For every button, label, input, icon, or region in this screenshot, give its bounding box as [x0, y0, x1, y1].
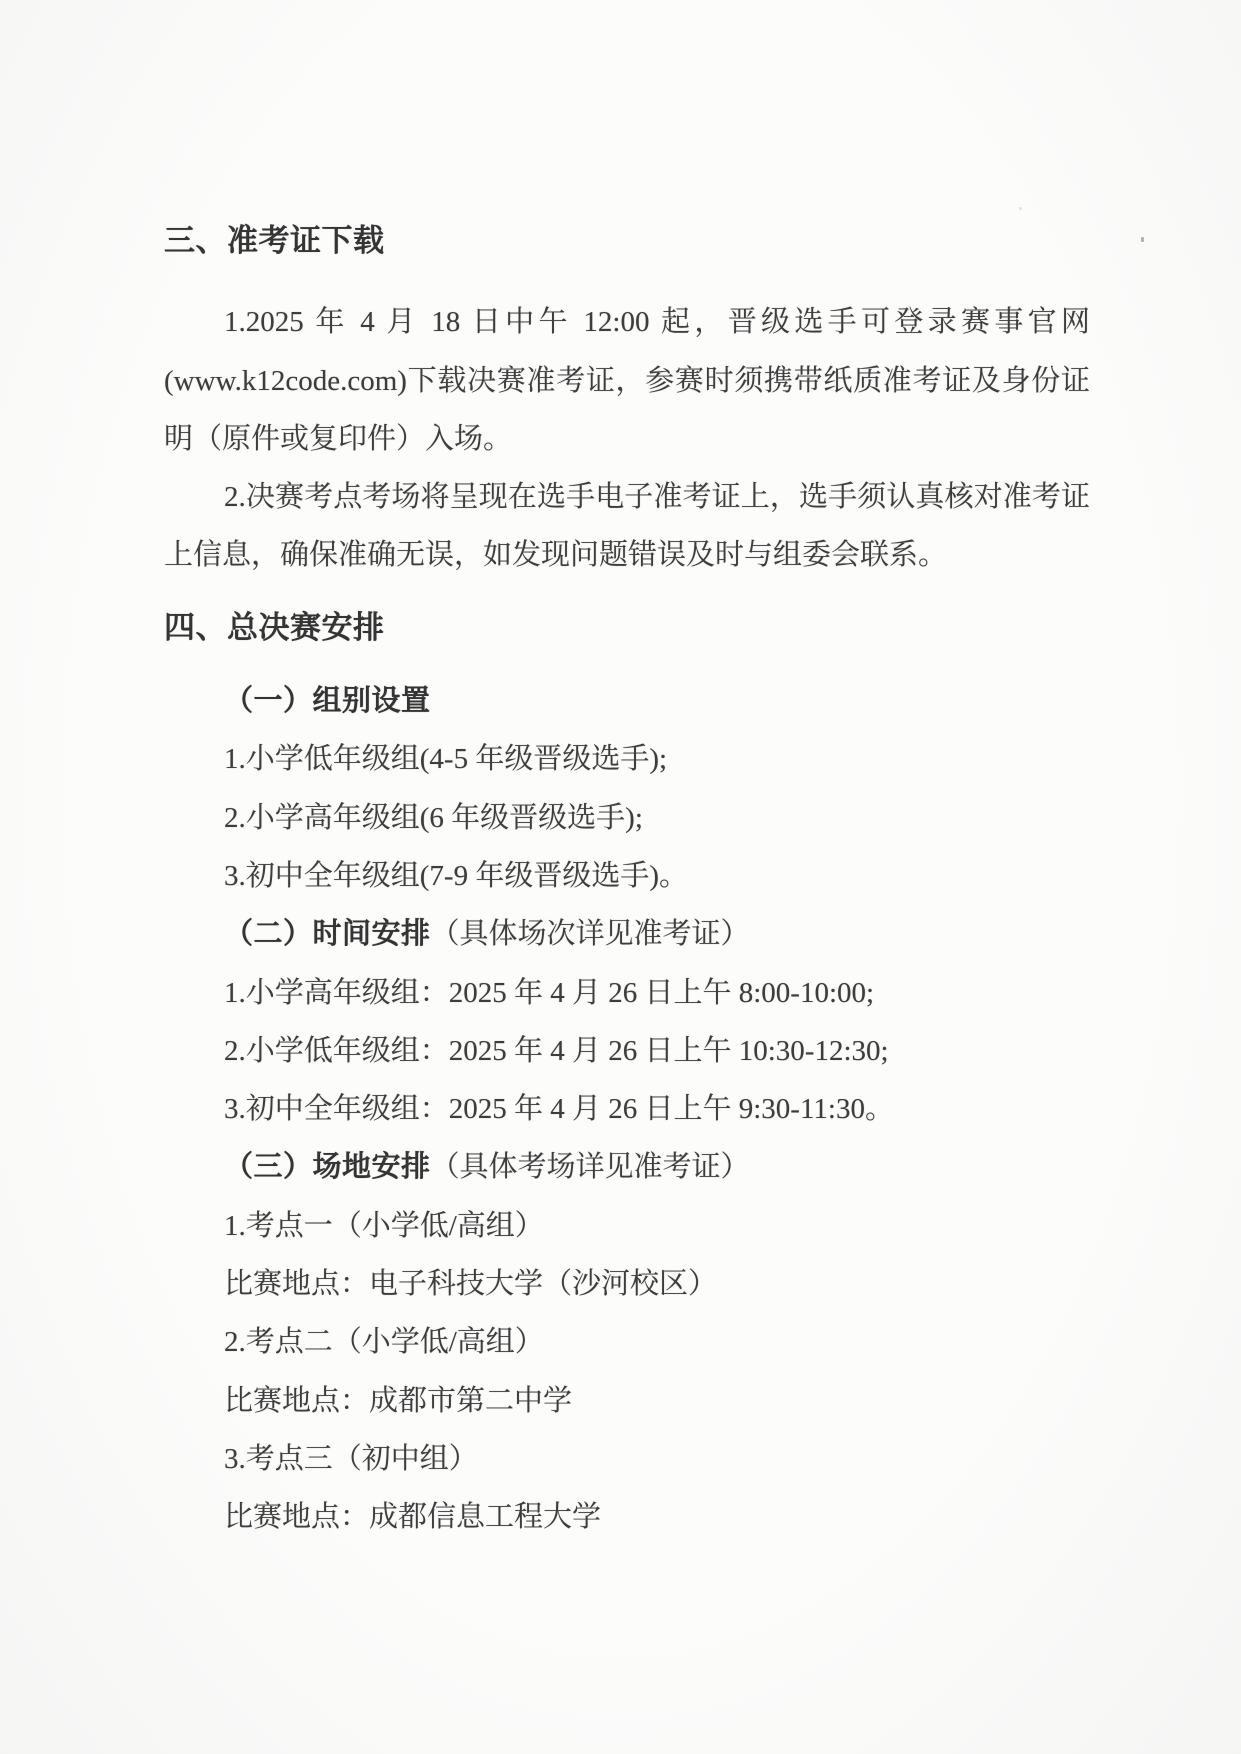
- list-item-group-1: 1.小学低年级组(4-5 年级晋级选手);: [224, 730, 1090, 788]
- list-item-venue-3-location: 比赛地点：成都信息工程大学: [224, 1488, 1090, 1546]
- para-ticket-download-line-1: 1.2025 年 4 月 18 日中午 12:00 起，晋级选手可登录赛事官网: [224, 293, 1090, 351]
- list-item-group-2: 2.小学高年级组(6 年级晋级选手);: [224, 789, 1090, 847]
- list-item-group-3: 3.初中全年级组(7-9 年级晋级选手)。: [224, 847, 1090, 905]
- list-item-venue-1-location: 比赛地点：电子科技大学（沙河校区）: [224, 1255, 1090, 1313]
- subheading-time-schedule-bold: （二）时间安排: [224, 918, 431, 950]
- para-ticket-download-line-2: (www.k12code.com)下载决赛准考证，参赛时须携带纸质准考证及身份证: [164, 352, 1090, 410]
- subheading-time-schedule-note: （具体场次详见准考证）: [431, 918, 750, 950]
- list-item-time-2: 2.小学低年级组：2025 年 4 月 26 日上午 10:30-12:30;: [224, 1022, 1090, 1080]
- scanned-page: 三、准考证下载 1.2025 年 4 月 18 日中午 12:00 起，晋级选手…: [0, 0, 1241, 1754]
- list-item-time-1: 1.小学高年级组：2025 年 4 月 26 日上午 8:00-10:00;: [224, 964, 1090, 1022]
- para-ticket-download-line-3: 明（原件或复印件）入场。: [164, 410, 1090, 468]
- subheading-group-setup-bold: （一）组别设置: [224, 685, 431, 717]
- para-ticket-verify-line-2: 上信息，确保准确无误，如发现问题错误及时与组委会联系。: [164, 526, 1090, 584]
- subheading-time-schedule: （二）时间安排（具体场次详见准考证）: [224, 905, 1090, 963]
- scan-speckle: [327, 806, 331, 809]
- section-heading-final-arrangement: 四、总决赛安排: [164, 599, 1090, 657]
- list-item-venue-2-location: 比赛地点：成都市第二中学: [224, 1372, 1090, 1430]
- scan-speckle: [1141, 237, 1144, 242]
- list-item-venue-2: 2.考点二（小学低/高组）: [224, 1313, 1090, 1371]
- para-ticket-verify-line-1: 2.决赛考点考场将呈现在选手电子准考证上，选手须认真核对准考证: [224, 468, 1090, 526]
- section-heading-admission-ticket-download: 三、准考证下载: [164, 212, 1090, 270]
- subheading-venue-arrangement: （三）场地安排（具体考场详见准考证）: [224, 1138, 1090, 1196]
- document-body: 三、准考证下载 1.2025 年 4 月 18 日中午 12:00 起，晋级选手…: [164, 212, 1090, 1547]
- scan-speckle: [1019, 207, 1022, 210]
- list-item-time-3: 3.初中全年级组：2025 年 4 月 26 日上午 9:30-11:30。: [224, 1080, 1090, 1138]
- subheading-venue-arrangement-note: （具体考场详见准考证）: [431, 1151, 750, 1183]
- subheading-venue-arrangement-bold: （三）场地安排: [224, 1151, 431, 1183]
- subheading-group-setup: （一）组别设置: [224, 672, 1090, 730]
- list-item-venue-3: 3.考点三（初中组）: [224, 1430, 1090, 1488]
- list-item-venue-1: 1.考点一（小学低/高组）: [224, 1197, 1090, 1255]
